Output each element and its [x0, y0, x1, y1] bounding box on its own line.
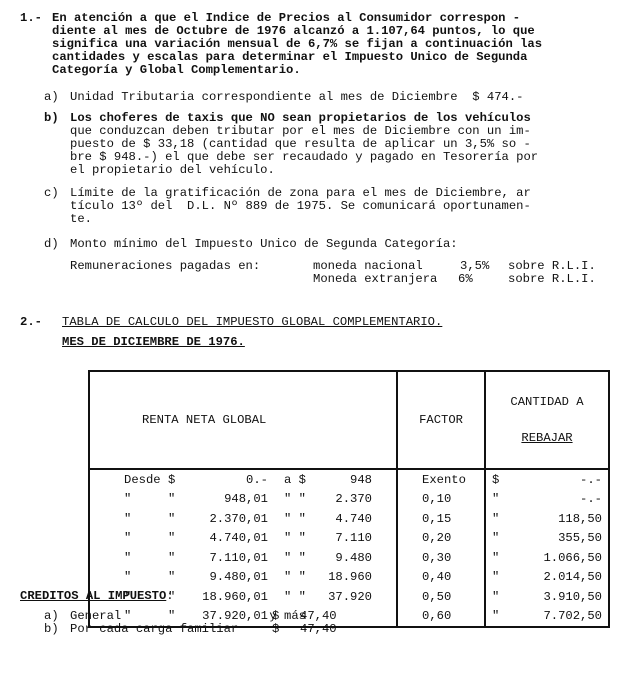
header-cantidad-a-rebajar: CANTIDAD A REBAJAR: [485, 371, 609, 469]
rate-currency: Moneda extranjera: [313, 273, 437, 286]
range-currency: ": [168, 492, 190, 506]
range-prefix: Desde: [96, 473, 168, 487]
cantidad-value: 1.066,50: [512, 551, 602, 565]
credits-title-colon: :: [166, 589, 173, 603]
item-b-label: b): [44, 112, 59, 125]
range-separator: " ": [268, 590, 312, 604]
rate-base: sobre R.L.I.: [508, 273, 596, 286]
range-prefix: ": [96, 492, 168, 506]
cantidad-value: 355,50: [512, 531, 602, 545]
cantidad-cell: "7.702,50: [485, 607, 609, 628]
credits-title: CREDITOS AL IMPUESTO:: [20, 590, 174, 603]
range-prefix: ": [96, 570, 168, 584]
header-line: REBAJAR: [492, 432, 602, 444]
range-separator: " ": [268, 531, 312, 545]
factor-cell: 0,20: [397, 529, 485, 549]
table-title: TABLA DE CALCULO DEL IMPUESTO GLOBAL COM…: [62, 316, 442, 329]
range-to: 7.110: [312, 531, 372, 545]
range-prefix: ": [96, 531, 168, 545]
cantidad-prefix: $: [492, 473, 512, 487]
range-from: 18.960,01: [190, 590, 268, 604]
range-from: 0.-: [190, 473, 268, 487]
range-prefix: ": [96, 551, 168, 565]
range-from: 9.480,01: [190, 570, 268, 584]
credit-b-label: b): [44, 623, 59, 636]
range-separator: " ": [268, 551, 312, 565]
cantidad-prefix: ": [492, 512, 512, 526]
range-separator: a $: [268, 473, 312, 487]
range-to: 9.480: [312, 551, 372, 565]
factor-cell: Exento: [397, 469, 485, 490]
range-currency: ": [168, 512, 190, 526]
range-to: 37.920: [312, 590, 372, 604]
cantidad-prefix: ": [492, 609, 512, 623]
factor-cell: 0,30: [397, 548, 485, 568]
header-line: CANTIDAD A: [492, 396, 602, 408]
range-to: 2.370: [312, 492, 372, 506]
table-row: ""7.110,01" "9.4800,30"1.066,50: [89, 548, 609, 568]
credit-b-currency: $: [272, 623, 279, 636]
range-from: 4.740,01: [190, 531, 268, 545]
factor-cell: 0,15: [397, 509, 485, 529]
renta-range-cell: ""948,01" "2.370: [89, 490, 397, 510]
credits-title-text: CREDITOS AL IMPUESTO: [20, 589, 166, 603]
range-currency: ": [168, 551, 190, 565]
range-to: 18.960: [312, 570, 372, 584]
rate-value: 6%: [458, 273, 473, 286]
item-c-line: te.: [70, 213, 92, 226]
header-factor: FACTOR: [397, 371, 485, 469]
cantidad-value: 7.702,50: [512, 609, 602, 623]
factor-cell: 0,50: [397, 587, 485, 607]
renta-range-cell: ""7.110,01" "9.480: [89, 548, 397, 568]
section-2-number: 2.-: [20, 316, 42, 329]
renta-range-cell: Desde$0.-a $948: [89, 469, 397, 490]
range-separator: " ": [268, 512, 312, 526]
range-prefix: ": [96, 512, 168, 526]
table-header-row: RENTA NETA GLOBAL FACTOR CANTIDAD A REBA…: [89, 371, 609, 469]
item-c-label: c): [44, 187, 59, 200]
table-row: ""948,01" "2.3700,10"-.-: [89, 490, 609, 510]
section-1-number: 1.-: [20, 12, 42, 25]
cantidad-cell: $-.-: [485, 469, 609, 490]
factor-cell: 0,10: [397, 490, 485, 510]
cantidad-cell: "355,50: [485, 529, 609, 549]
item-b-line: el propietario del vehículo.: [70, 164, 275, 177]
cantidad-prefix: ": [492, 492, 512, 506]
renta-range-cell: ""2.370,01" "4.740: [89, 509, 397, 529]
range-from: 7.110,01: [190, 551, 268, 565]
renta-range-cell: ""4.740,01" "7.110: [89, 529, 397, 549]
range-currency: $: [168, 473, 190, 487]
table-row: ""9.480,01" "18.9600,40"2.014,50: [89, 568, 609, 588]
item-d-label: d): [44, 238, 59, 251]
item-a-label: a): [44, 91, 59, 104]
cantidad-prefix: ": [492, 590, 512, 604]
table-subtitle: MES DE DICIEMBRE DE 1976.: [62, 336, 245, 349]
range-from: 2.370,01: [190, 512, 268, 526]
cantidad-prefix: ": [492, 570, 512, 584]
cantidad-value: 3.910,50: [512, 590, 602, 604]
credit-b-text: Por cada carga familiar: [70, 623, 238, 636]
range-currency: ": [168, 570, 190, 584]
range-from: 948,01: [190, 492, 268, 506]
cantidad-cell: "1.066,50: [485, 548, 609, 568]
factor-cell: 0,60: [397, 607, 485, 628]
remuneraciones-label: Remuneraciones pagadas en:: [70, 260, 260, 273]
renta-range-cell: ""9.480,01" "18.960: [89, 568, 397, 588]
cantidad-value: -.-: [512, 473, 602, 487]
credit-b-amount: 47,40: [300, 623, 337, 636]
cantidad-prefix: ": [492, 551, 512, 565]
cantidad-cell: "118,50: [485, 509, 609, 529]
cantidad-cell: "3.910,50: [485, 587, 609, 607]
item-c-line: tículo 13º del D.L. Nº 889 de 1975. Se c…: [70, 200, 531, 213]
item-d-text: Monto mínimo del Impuesto Unico de Segun…: [70, 238, 458, 251]
table-row: Desde$0.-a $948Exento$-.-: [89, 469, 609, 490]
cantidad-value: 118,50: [512, 512, 602, 526]
cantidad-value: -.-: [512, 492, 602, 506]
cantidad-cell: "-.-: [485, 490, 609, 510]
item-a-text: Unidad Tributaria correspondiente al mes…: [70, 91, 523, 104]
range-to: 4.740: [312, 512, 372, 526]
table-row: ""2.370,01" "4.7400,15"118,50: [89, 509, 609, 529]
range-separator: " ": [268, 492, 312, 506]
range-separator: " ": [268, 570, 312, 584]
header-renta-neta-global: RENTA NETA GLOBAL: [89, 371, 397, 469]
cantidad-prefix: ": [492, 531, 512, 545]
cantidad-cell: "2.014,50: [485, 568, 609, 588]
range-currency: ": [168, 531, 190, 545]
paragraph-line: Categoría y Global Complementario.: [52, 64, 301, 77]
cantidad-value: 2.014,50: [512, 570, 602, 584]
range-to: 948: [312, 473, 372, 487]
table-row: ""4.740,01" "7.1100,20"355,50: [89, 529, 609, 549]
factor-cell: 0,40: [397, 568, 485, 588]
